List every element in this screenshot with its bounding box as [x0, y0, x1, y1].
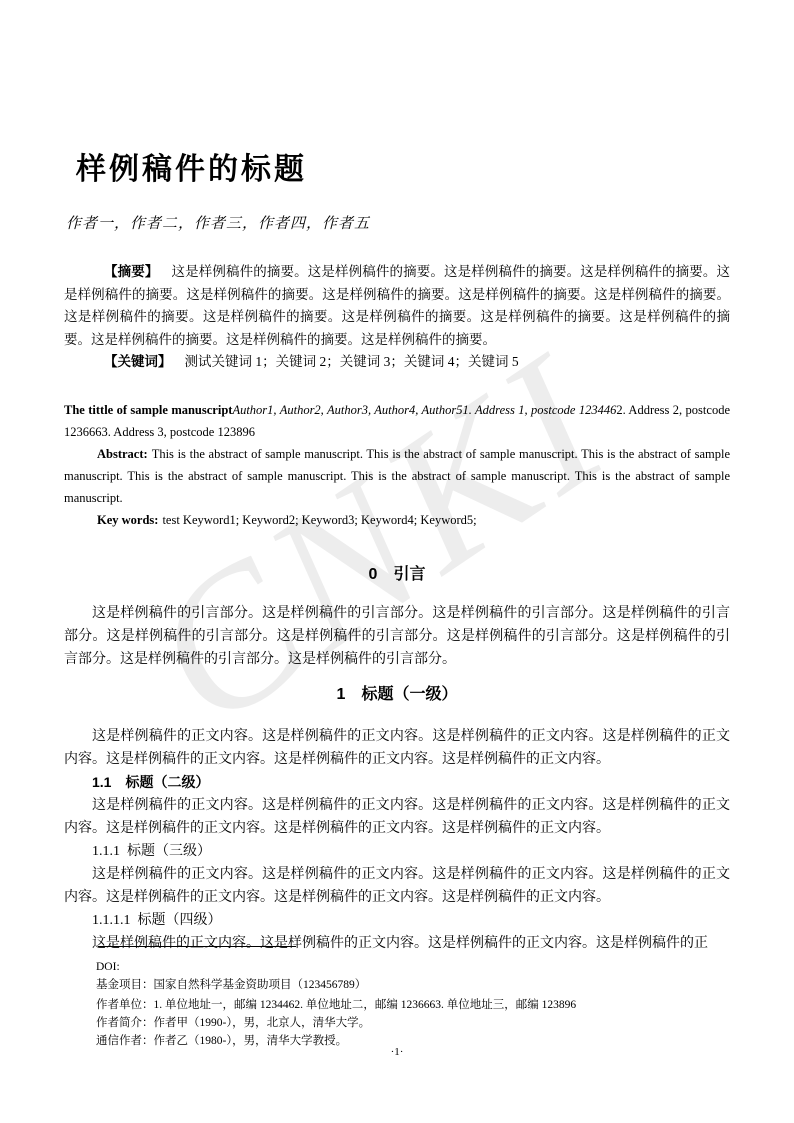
section-1-paragraph: 这是样例稿件的正文内容。这是样例稿件的正文内容。这是样例稿件的正文内容。这是样例… — [64, 725, 730, 771]
english-abstract-label: Abstract: — [97, 447, 148, 461]
english-title-authors: The tittle of sample manuscriptAuthor1, … — [64, 399, 730, 443]
authors-line: 作者一，作者二，作者三，作者四，作者五 — [66, 214, 730, 234]
abstract-zh-paragraph: 【摘要】这是样例稿件的摘要。这是样例稿件的摘要。这是样例稿件的摘要。这是样例稿件… — [64, 261, 730, 351]
intro-paragraph: 这是样例稿件的引言部分。这是样例稿件的引言部分。这是样例稿件的引言部分。这是样例… — [64, 602, 730, 671]
section-title: 标题（二级） — [125, 774, 209, 790]
footnote-affiliation: 作者单位：1. 单位地址一，邮编 1234462. 单位地址二，邮编 12366… — [96, 996, 730, 1014]
manuscript-page: CNKI 样例稿件的标题 作者一，作者二，作者三，作者四，作者五 【摘要】这是样… — [0, 0, 794, 1123]
section-heading-intro: 0引言 — [64, 564, 730, 586]
english-keywords-text: test Keyword1; Keyword2; Keyword3; Keywo… — [162, 513, 476, 527]
section-number: 0 — [369, 566, 378, 583]
section-title: 引言 — [393, 566, 425, 583]
section-number: 1.1.1 — [92, 844, 120, 859]
section-title: 标题（一级） — [361, 686, 457, 703]
section-1-1-1-paragraph: 这是样例稿件的正文内容。这是样例稿件的正文内容。这是样例稿件的正文内容。这是样例… — [64, 863, 730, 909]
footnote-block: DOI: 基金项目：国家自然科学基金资助项目（123456789） 作者单位：1… — [64, 946, 730, 1050]
english-abstract-paragraph: Abstract:This is the abstract of sample … — [64, 443, 730, 509]
section-1-1-paragraph: 这是样例稿件的正文内容。这是样例稿件的正文内容。这是样例稿件的正文内容。这是样例… — [64, 794, 730, 840]
keywords-zh-paragraph: 【关键词】测试关键词 1；关键词 2；关键词 3；关键词 4；关键词 5 — [64, 351, 730, 374]
english-title: The tittle of sample manuscript — [64, 403, 232, 417]
section-heading-1-1-1: 1.1.1标题（三级） — [92, 840, 730, 863]
section-number: 1.1 — [92, 774, 111, 790]
section-number: 1.1.1.1 — [92, 913, 131, 928]
abstract-zh-text: 这是样例稿件的摘要。这是样例稿件的摘要。这是样例稿件的摘要。这是样例稿件的摘要。… — [64, 264, 730, 347]
footnote-doi: DOI: — [96, 958, 730, 976]
section-heading-1-1: 1.1标题（二级） — [92, 771, 730, 794]
section-number: 1 — [337, 686, 346, 703]
english-keywords-paragraph: Key words:test Keyword1; Keyword2; Keywo… — [64, 509, 730, 531]
page-number: ·1· — [0, 1046, 794, 1058]
footnote-author-bio: 作者简介：作者甲（1990-），男，北京人，清华大学。 — [96, 1014, 730, 1032]
section-heading-1: 1标题（一级） — [64, 684, 730, 706]
section-title: 标题（三级） — [127, 844, 211, 859]
abstract-zh-label: 【摘要】 — [104, 264, 159, 279]
keywords-zh-text: 测试关键词 1；关键词 2；关键词 3；关键词 4；关键词 5 — [185, 354, 519, 369]
english-authors: Author1, Author2, Author3, Author4, Auth… — [232, 403, 616, 417]
footnote-separator — [98, 946, 296, 947]
english-abstract-text: This is the abstract of sample manuscrip… — [64, 447, 730, 505]
keywords-zh-label: 【关键词】 — [104, 354, 172, 369]
footnote-fund: 基金项目：国家自然科学基金资助项目（123456789） — [96, 976, 730, 994]
page-content: 样例稿件的标题 作者一，作者二，作者三，作者四，作者五 【摘要】这是样例稿件的摘… — [0, 153, 794, 955]
english-keywords-label: Key words: — [97, 513, 158, 527]
page-title: 样例稿件的标题 — [76, 153, 730, 187]
english-meta-block: The tittle of sample manuscriptAuthor1, … — [64, 399, 730, 531]
section-title: 标题（四级） — [138, 913, 222, 928]
section-heading-1-1-1-1: 1.1.1.1标题（四级） — [92, 909, 730, 932]
